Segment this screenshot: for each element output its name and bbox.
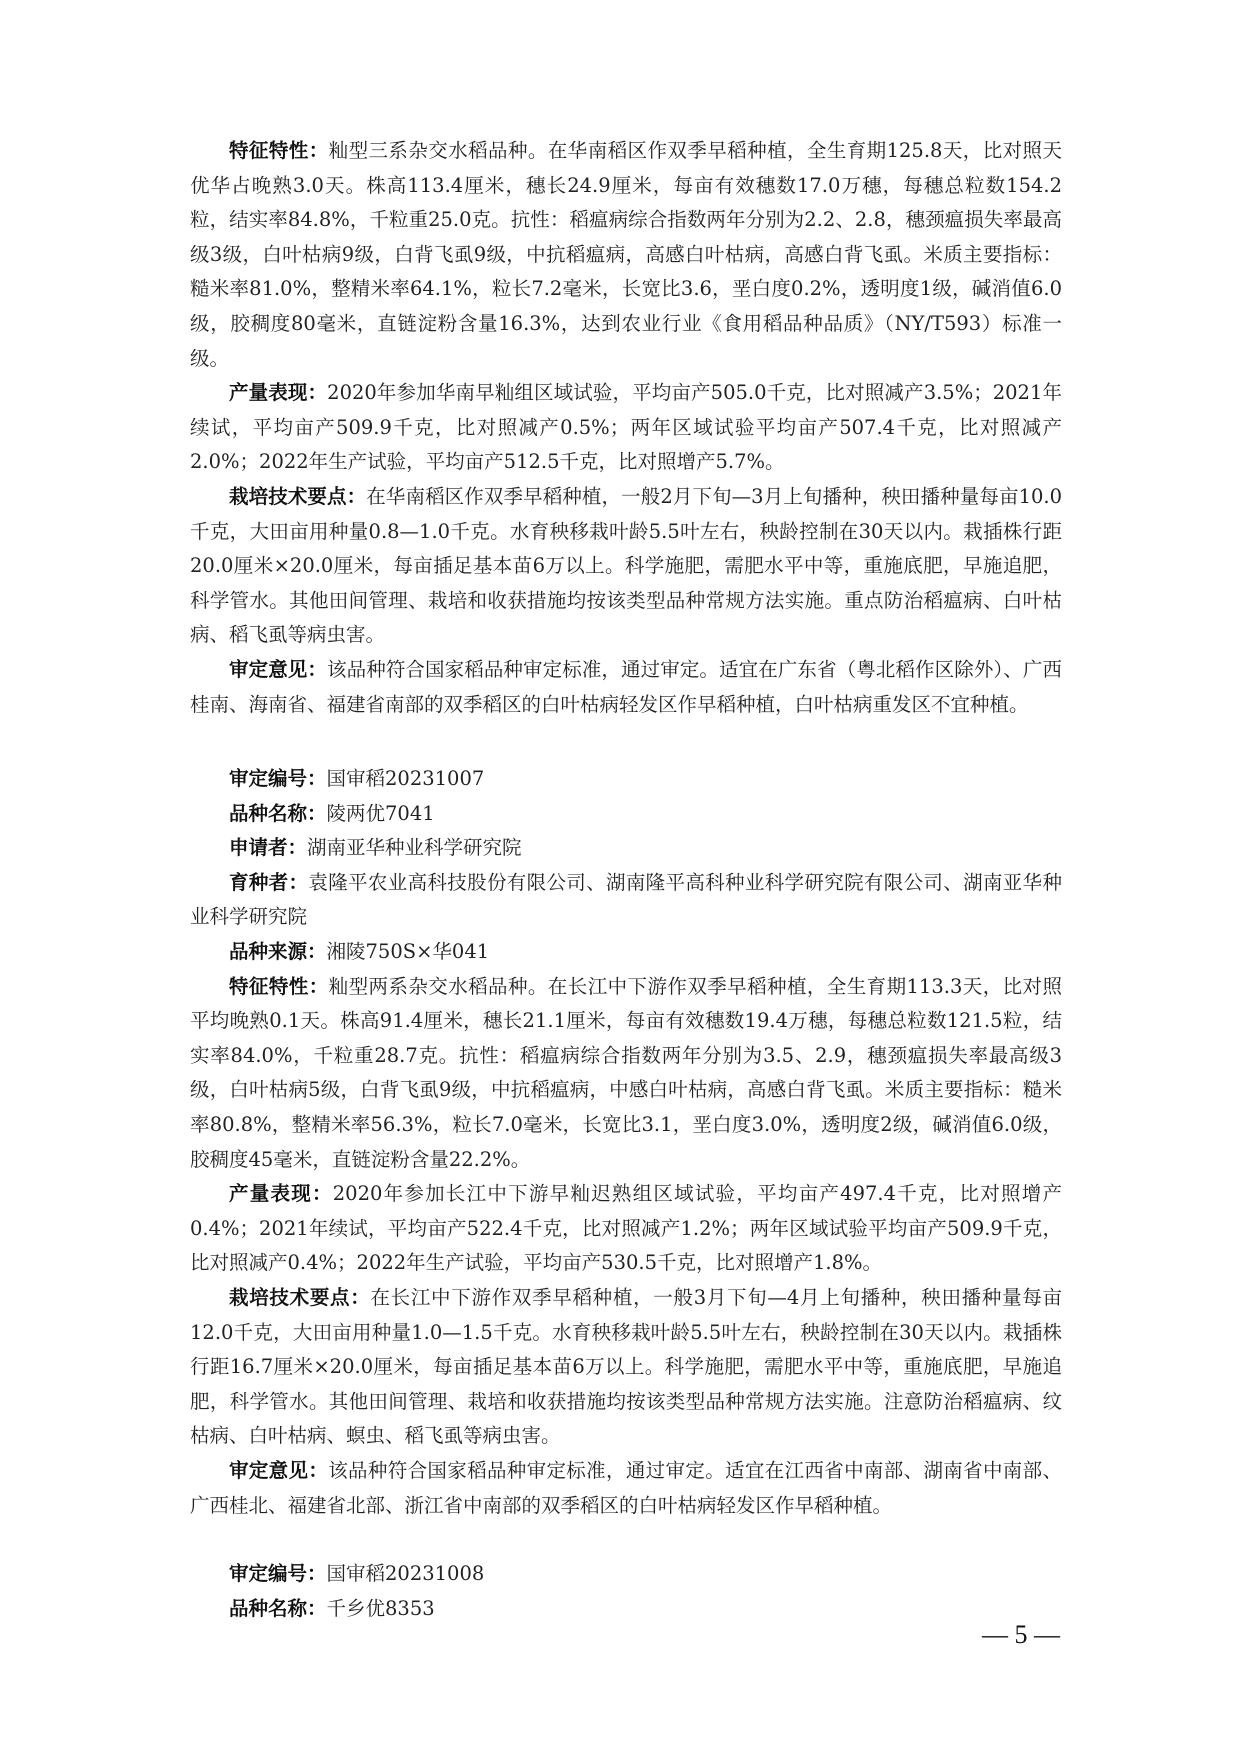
opinion-paragraph: 审定意见：该品种符合国家稻品种审定标准，通过审定。适宜在广东省（粤北稻作区除外）… <box>190 653 1062 722</box>
traits-paragraph: 特征特性：籼型三系杂交水稻品种。在华南稻区作双季早稻种植，全生育期125.8天，… <box>190 134 1062 376</box>
approval-id-line: 审定编号：国审稻20231008 <box>190 1557 1062 1592</box>
traits-label: 特征特性： <box>229 975 329 998</box>
yield-paragraph: 产量表现：2020年参加长江中下游早籼迟熟组区域试验，平均亩产497.4千克，比… <box>190 1177 1062 1281</box>
opinion-paragraph: 审定意见：该品种符合国家稻品种审定标准，通过审定。适宜在江西省中南部、湖南省中南… <box>190 1454 1062 1523</box>
section-gap <box>190 722 1062 762</box>
variety-name-line: 品种名称：陵两优7041 <box>190 797 1062 832</box>
breeder-value: 袁隆平农业高科技股份有限公司、湖南隆平高科种业科学研究院有限公司、湖南亚华种业科… <box>190 871 1062 929</box>
opinion-label: 审定意见： <box>229 658 327 681</box>
breeder-line: 育种者：袁隆平农业高科技股份有限公司、湖南隆平高科种业科学研究院有限公司、湖南亚… <box>190 866 1062 935</box>
variety-name-label: 品种名称： <box>229 802 327 825</box>
source-label: 品种来源： <box>229 940 327 963</box>
variety-name-value: 陵两优7041 <box>327 802 435 825</box>
cultivation-label: 栽培技术要点： <box>229 485 366 508</box>
document-page: 特征特性：籼型三系杂交水稻品种。在华南稻区作双季早稻种植，全生育期125.8天，… <box>190 134 1062 1626</box>
traits-label: 特征特性： <box>229 139 329 162</box>
approval-id-label: 审定编号： <box>229 1562 327 1585</box>
cultivation-text: 在华南稻区作双季早稻种植，一般2月下旬—3月上旬播种，秧田播种量每亩10.0千克… <box>190 485 1062 646</box>
approval-id-value: 国审稻20231008 <box>327 1562 485 1585</box>
yield-label: 产量表现： <box>229 381 327 404</box>
cultivation-text: 在长江中下游作双季早稻种植，一般3月下旬—4月上旬播种，秧田播种量每亩12.0千… <box>190 1286 1062 1447</box>
source-line: 品种来源：湘陵750S×华041 <box>190 935 1062 970</box>
traits-paragraph: 特征特性：籼型两系杂交水稻品种。在长江中下游作双季早稻种植，全生育期113.3天… <box>190 970 1062 1178</box>
source-value: 湘陵750S×华041 <box>327 940 490 963</box>
traits-text: 籼型三系杂交水稻品种。在华南稻区作双季早稻种植，全生育期125.8天，比对照天优… <box>190 139 1062 370</box>
approval-id-line: 审定编号：国审稻20231007 <box>190 762 1062 797</box>
page-number: — 5 — <box>940 1620 1060 1650</box>
breeder-label: 育种者： <box>229 871 308 894</box>
cultivation-label: 栽培技术要点： <box>229 1286 370 1309</box>
variety-name-line: 品种名称：千乡优8353 <box>190 1592 1062 1627</box>
yield-paragraph: 产量表现：2020年参加华南早籼组区域试验，平均亩产505.0千克，比对照减产3… <box>190 376 1062 480</box>
applicant-value: 湖南亚华种业科学研究院 <box>307 836 522 859</box>
cultivation-paragraph: 栽培技术要点：在长江中下游作双季早稻种植，一般3月下旬—4月上旬播种，秧田播种量… <box>190 1281 1062 1454</box>
yield-label: 产量表现： <box>229 1182 333 1205</box>
approval-id-label: 审定编号： <box>229 767 327 790</box>
cultivation-paragraph: 栽培技术要点：在华南稻区作双季早稻种植，一般2月下旬—3月上旬播种，秧田播种量每… <box>190 480 1062 653</box>
section-gap <box>190 1523 1062 1557</box>
traits-text: 籼型两系杂交水稻品种。在长江中下游作双季早稻种植，全生育期113.3天，比对照平… <box>190 975 1062 1171</box>
opinion-label: 审定意见： <box>229 1459 328 1482</box>
applicant-line: 申请者：湖南亚华种业科学研究院 <box>190 831 1062 866</box>
approval-id-value: 国审稻20231007 <box>327 767 485 790</box>
applicant-label: 申请者： <box>229 836 307 859</box>
variety-name-value: 千乡优8353 <box>327 1597 435 1620</box>
variety-name-label: 品种名称： <box>229 1597 327 1620</box>
